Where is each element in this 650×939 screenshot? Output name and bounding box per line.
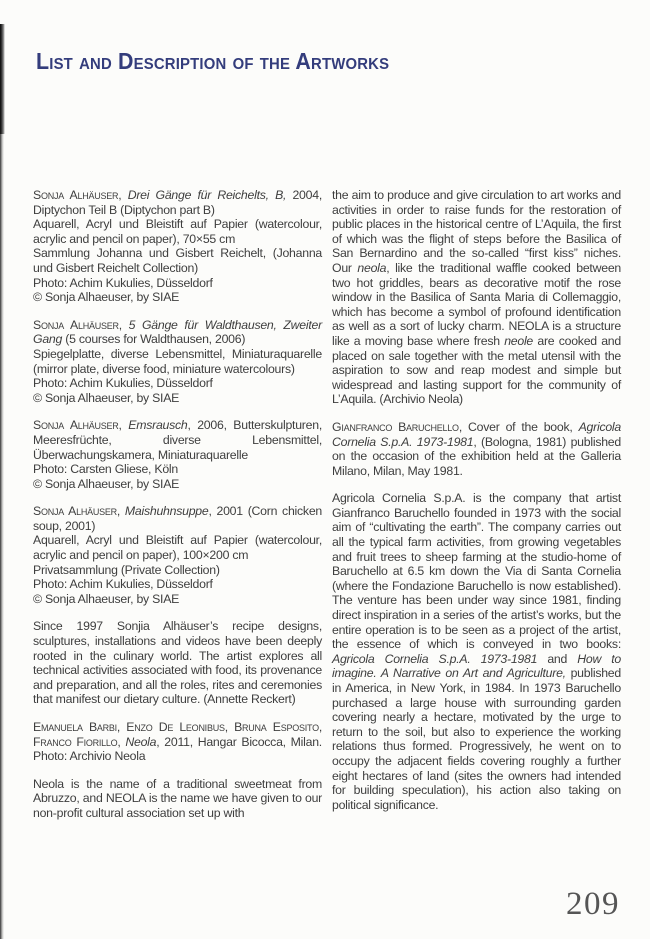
artwork-title: Neola xyxy=(125,735,156,749)
column-left: Sonja Alhäuser, Drei Gänge für Reichelts… xyxy=(33,188,322,821)
text-run: (5 courses for Waldthausen, 2006) xyxy=(62,332,245,346)
text-block: Sonja Alhäuser, Maishuhnsuppe, 2001 (Cor… xyxy=(33,504,322,533)
artwork-title: Agricola Cornelia S.p.A. 1973-1981 xyxy=(332,652,537,666)
text-run: Sammlung Johanna und Gisbert Reichelt, (… xyxy=(33,246,322,275)
artist-name: Sonja Alhäuser xyxy=(33,188,118,202)
artwork-title: neole xyxy=(504,334,533,348)
text-block: © Sonja Alhaeuser, by SIAE xyxy=(33,391,322,406)
text-block: Photo: Achim Kukulies, Düsseldorf xyxy=(33,577,322,592)
text-block: Privatsammlung (Private Collection) xyxy=(33,563,322,578)
text-block: Sonja Alhäuser, Emsrausch, 2006, Butters… xyxy=(33,418,322,462)
catalog-entry: Since 1997 Sonjia Alhäuser’s recipe desi… xyxy=(33,619,322,707)
text-block: Sammlung Johanna und Gisbert Reichelt, (… xyxy=(33,246,322,275)
text-block: Emanuela Barbi, Enzo De Leonibus, Bruna … xyxy=(33,720,322,764)
text-block: Aquarell, Acryl und Bleistift auf Papier… xyxy=(33,217,322,246)
text-run: Aquarell, Acryl und Bleistift auf Papier… xyxy=(33,217,322,246)
artist-name: Sonja Alhäuser xyxy=(33,318,119,332)
text-block: Photo: Achim Kukulies, Düsseldorf xyxy=(33,376,322,391)
text-run: and xyxy=(537,652,577,666)
text-block: Agricola Cornelia S.p.A. is the company … xyxy=(332,491,621,812)
text-run: © Sonja Alhaeuser, by SIAE xyxy=(33,290,179,304)
page-number: 209 xyxy=(566,886,620,923)
artwork-title: Emsrausch xyxy=(128,418,187,432)
text-block: Aquarell, Acryl und Bleistift auf Papier… xyxy=(33,533,322,562)
text-block: Gianfranco Baruchello, Cover of the book… xyxy=(332,420,621,478)
catalog-entry: Sonja Alhäuser, Maishuhnsuppe, 2001 (Cor… xyxy=(33,504,322,606)
text-run: Photo: Achim Kukulies, Düsseldorf xyxy=(33,276,213,290)
text-block: Photo: Carsten Gliese, Köln xyxy=(33,462,322,477)
text-run: Since 1997 Sonjia Alhäuser’s recipe desi… xyxy=(33,619,322,706)
catalog-entry: Neola is the name of a traditional sweet… xyxy=(33,777,322,821)
text-run: published in America, in New York, in 19… xyxy=(332,666,621,811)
artwork-title: Drei Gänge für Reichelts, B, xyxy=(128,188,287,202)
text-block: Photo: Achim Kukulies, Düsseldorf xyxy=(33,276,322,291)
text-run: © Sonja Alhaeuser, by SIAE xyxy=(33,391,179,405)
text-block: Sonja Alhäuser, 5 Gänge für Waldthausen,… xyxy=(33,318,322,347)
text-run: Photo: Achim Kukulies, Düsseldorf xyxy=(33,376,213,390)
text-run: , xyxy=(119,418,129,432)
text-run: Neola is the name of a traditional sweet… xyxy=(33,777,322,820)
text-block: © Sonja Alhaeuser, by SIAE xyxy=(33,592,322,607)
text-run: © Sonja Alhaeuser, by SIAE xyxy=(33,592,179,606)
artwork-title: Maishuhnsuppe xyxy=(125,504,209,518)
scan-edge-shadow xyxy=(0,24,4,939)
text-run: Photo: Carsten Gliese, Köln xyxy=(33,462,178,476)
text-run: , xyxy=(119,318,129,332)
text-run: Aquarell, Acryl und Bleistift auf Papier… xyxy=(33,533,322,562)
text-run: , Cover of the book, xyxy=(459,420,579,434)
catalog-entry: Sonja Alhäuser, Emsrausch, 2006, Butters… xyxy=(33,418,322,491)
text-block: © Sonja Alhaeuser, by SIAE xyxy=(33,290,322,305)
text-run: Spiegelplatte, diverse Lebensmittel, Min… xyxy=(33,347,322,376)
text-block: Since 1997 Sonjia Alhäuser’s recipe desi… xyxy=(33,619,322,707)
text-run: Photo: Achim Kukulies, Düsseldorf xyxy=(33,577,213,591)
text-block: Neola is the name of a traditional sweet… xyxy=(33,777,322,821)
catalog-entry: Sonja Alhäuser, 5 Gänge für Waldthausen,… xyxy=(33,318,322,406)
column-right: the aim to produce and give circulation … xyxy=(332,188,621,812)
catalog-entry: Emanuela Barbi, Enzo De Leonibus, Bruna … xyxy=(33,720,322,764)
book-page: List and Description of the Artworks Son… xyxy=(0,0,650,939)
text-block: © Sonja Alhaeuser, by SIAE xyxy=(33,477,322,492)
text-block: Sonja Alhäuser, Drei Gänge für Reichelts… xyxy=(33,188,322,217)
artist-name: Sonja Alhäuser xyxy=(33,418,119,432)
text-run: , xyxy=(117,504,125,518)
scan-edge-shadow-top xyxy=(0,24,5,134)
page-title: List and Description of the Artworks xyxy=(36,48,389,75)
text-run: Agricola Cornelia S.p.A. is the company … xyxy=(332,491,621,651)
text-run: , xyxy=(118,188,127,202)
text-run: © Sonja Alhaeuser, by SIAE xyxy=(33,477,179,491)
artwork-title: neola xyxy=(357,261,386,275)
catalog-entry: the aim to produce and give circulation … xyxy=(332,188,621,407)
text-run: Privatsammlung (Private Collection) xyxy=(33,563,220,577)
artist-name: Gianfranco Baruchello xyxy=(332,420,459,434)
catalog-entry: Sonja Alhäuser, Drei Gänge für Reichelts… xyxy=(33,188,322,305)
catalog-entry: Gianfranco Baruchello, Cover of the book… xyxy=(332,420,621,478)
text-block: Spiegelplatte, diverse Lebensmittel, Min… xyxy=(33,347,322,376)
catalog-entry: Agricola Cornelia S.p.A. is the company … xyxy=(332,491,621,812)
text-block: the aim to produce and give circulation … xyxy=(332,188,621,407)
artist-name: Sonja Alhäuser xyxy=(33,504,117,518)
